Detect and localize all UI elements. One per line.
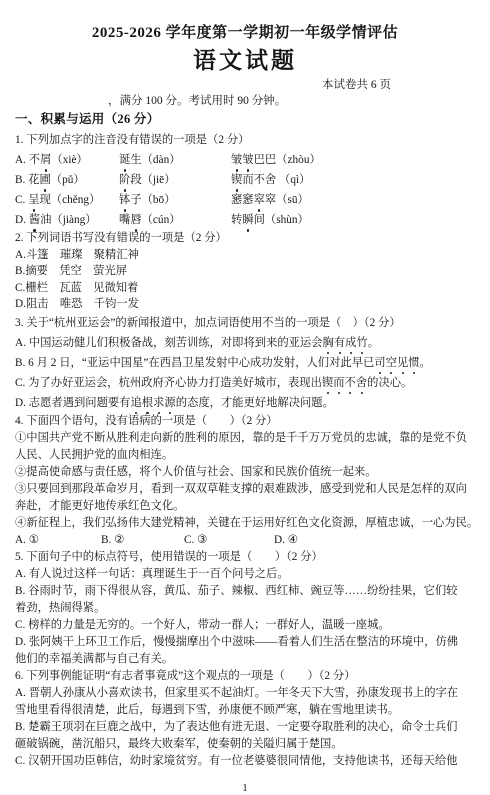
pages-note: 本试卷共 6 页 [0,78,490,92]
text-column: 窸窸窣窣（sū） [231,190,309,210]
emphasis-dot-char: 胸 [323,333,334,353]
emphasis-dot-char: 窣 [254,190,265,210]
exam-paper-page: 2025-2026 学年度第一学期初一年级学情评估 语文试题 本试卷共 6 页 … [0,0,490,795]
emphasis-dot-char: 见 [397,353,408,373]
emphasis-dot-char: 空 [386,353,397,373]
text-column: 钵子（bō） [119,190,231,210]
emphasis-dot-char: 锲 [322,373,333,393]
q1-option-b: B. 花圃（pǔ）阶段（jiē）锲而不舍 （qì） [15,170,472,190]
page-number: 1 [0,782,490,795]
emphasis-dot-char: 圃 [39,170,50,190]
emphasis-dot-char: 根 [142,393,153,413]
q2-option-a: A.斗篷 璀璨 聚精汇神 [15,247,472,264]
emphasis-dot-char: 源 [164,393,175,413]
q2-stem: 2. 下列词语书写没有错误的一项是（2 分） [15,230,472,247]
emphasis-dot-char: 酱 [29,210,40,230]
q6-option-b: B. 楚霸王项羽在巨鹿之战中，为了表达他有进无退、一定要夺取胜利的决心，命令士兵… [15,719,472,736]
text-column: 阶段（jiē） [119,170,231,190]
q4-item-3: ③只要回到那段革命岁月，看到一双双草鞋支撑的艰难跋涉，感受到党和人民是怎样的双向 [15,481,472,498]
q6-option-b-cont: 砸破锅碗，凿沉船只，最终大败秦军，使秦朝的关隘归属于楚国。 [15,736,472,753]
emphasis-dot-char: 舍 [356,373,367,393]
q4-item-2: ②提高使命感与责任感，将个人价值与社会、国家和民族价值统一起来。 [15,464,472,481]
text-column: C. ③ [184,532,274,549]
emphasis-dot-char: 皱 [231,150,242,170]
text-column: 嘴唇（cún） [119,210,231,230]
q5-option-a: A. 有人说过这样一句话：真理诞生于一百个问号之后。 [15,566,472,583]
q6-option-a: A. 晋朝人孙康从小喜欢读书，但家里买不起油灯。一年冬天下大雪，孙康发现书上的字… [15,685,472,702]
q5-stem: 5. 下面句子中的标点符号，使用错误的一项是（ ）（2 分） [15,549,472,566]
text-column: A. ① [15,532,101,549]
exam-session-title: 2025-2026 学年度第一学期初一年级学情评估 [0,24,490,42]
q4-item-4: ④新征程上，我们弘扬伟大建党精神，关键在于运用好红色文化资源，厚植忠诚，一心为民… [15,515,472,532]
q2-option-b: B.摘要 凭空 萤光屏 [15,263,472,280]
q6-option-a-cont: 雪地里看得很清楚，此后，每遇到下雪，孙康便不顾严寒，躺在雪地里读书。 [15,702,472,719]
q3-option-c: C. 为了办好亚运会，杭州政府齐心协力打造美好城市，表现出锲而不舍的决心。 [15,373,472,393]
q1-stem: 1. 下列加点字的注音没有错误的一项是（2 分） [15,130,472,150]
q3-option-a: A. 中国运动健儿们积极备战，刻苦训练，对即将到来的亚运会胸有成竹。 [15,333,472,353]
q2-option-d: D.阻击 唯恐 千钧一发 [15,296,472,313]
q3-stem: 3. 关于“杭州亚运会”的新闻报道中，加点词语使用不当的一项是（ ）（2 分） [15,313,472,333]
score-time-note: ，满分 100 分。考试用时 90 分钟。 [0,94,490,108]
text-column: D. ④ [274,532,298,549]
q6-stem: 6. 下列事例能证明“有志者事竟成”这个观点的一项是（ ）（2 分） [15,668,472,685]
emphasis-dot-char: 屑 [40,150,51,170]
text-column: 锲而不舍 （qì） [231,170,310,190]
q5-option-c: C. 榜样的力量是无穷的。一个好人，带动一群人；一群好人，温暖一座城。 [15,617,472,634]
emphasis-dot-char: 呈 [28,190,39,210]
q4-item-1-cont: 人民、人民拥护党的血肉相连。 [15,447,472,464]
document-body: 1. 下列加点字的注音没有错误的一项是（2 分）A. 不屑（xiè）诞生（dàn… [0,128,490,770]
q4-answer-row: A. ①B. ②C. ③D. ④ [15,532,472,549]
emphasis-dot-char: 瞬 [242,210,253,230]
q2-option-c: C.栅栏 瓦蓝 见微知着 [15,280,472,297]
text-column: B. ② [101,532,184,549]
emphasis-dot-char: 唇 [130,210,141,230]
emphasis-dot-char: 锲 [231,170,242,190]
emphasis-dot-char: 司 [374,353,385,373]
emphasis-dot-char: 惯 [408,353,419,373]
emphasis-dot-char: 竹 [356,333,367,353]
q1-option-c: C. 呈现（chěng）钵子（bō）窸窸窣窣（sū） [15,190,472,210]
q1-option-a: A. 不屑（xiè）诞生（dàn）皱皱巴巴（zhòu） [15,150,472,170]
emphasis-dot-char: 不 [345,373,356,393]
text-column: A. 不屑（xiè） [15,150,119,170]
q5-option-b-cont: 着劲，热闹得紧。 [15,600,472,617]
emphasis-dot-char: 而 [333,373,344,393]
text-column: 诞生（dàn） [119,150,231,170]
exam-subject-title: 语文试题 [0,47,490,75]
q5-option-d-cont: 他们的幸福美满都与自己有关。 [15,651,472,668]
emphasis-dot-char: 求 [153,393,164,413]
text-column: D. 酱油（jiàng） [15,210,119,230]
q3-option-b: B. 6 月 2 日，“亚运中国星”在西昌卫星发射中心成功发射，人们对此早已司空… [15,353,472,373]
emphasis-dot-char: 皱 [242,150,253,170]
q5-option-d: D. 张阿姨干上环卫工作后，慢慢揣摩出个中滋味——看着人们生活在整洁的环境中，仿… [15,634,472,651]
q4-stem: 4. 下面四个语句，没有语病的一项是（ ）（2 分） [15,413,472,430]
emphasis-dot-char: 有 [334,333,345,353]
emphasis-dot-char: 成 [345,333,356,353]
text-column: 转瞬间（shùn） [231,210,309,230]
text-column: C. 呈现（chěng） [15,190,119,210]
text-column: B. 花圃（pǔ） [15,170,119,190]
emphasis-dot-char: 钵 [119,190,130,210]
emphasis-dot-char: 阶 [119,170,130,190]
q4-item-1: ①中国共产党不断从胜利走向新的胜利的原因，靠的是千千万万党员的忠诚，靠的是党不负 [15,430,472,447]
q3-option-d: D. 志愿者遇到问题要有追根求源的态度，才能更好地解决问题。 [15,393,472,413]
text-column: 皱皱巴巴（zhòu） [231,150,321,170]
emphasis-dot-char: 诞 [119,150,130,170]
emphasis-dot-char: 追 [130,393,141,413]
q5-option-b: B. 谷雨时节，雨下得很从容，黄瓜、茄子、辣椒、西红柿、豌豆等……纷纷挂果，它们… [15,583,472,600]
q6-option-c: C. 汉朝开国功臣韩信，幼时家境贫穷。有一位老婆婆很同情他，支持他读书，还每天给… [15,753,472,770]
q1-option-d: D. 酱油（jiàng）嘴唇（cún）转瞬间（shùn） [15,210,472,230]
q4-item-3-cont: 奔赴，才能更好地传承红色文化。 [15,498,472,515]
section-heading: 一、积累与运用（26 分） [0,111,490,128]
